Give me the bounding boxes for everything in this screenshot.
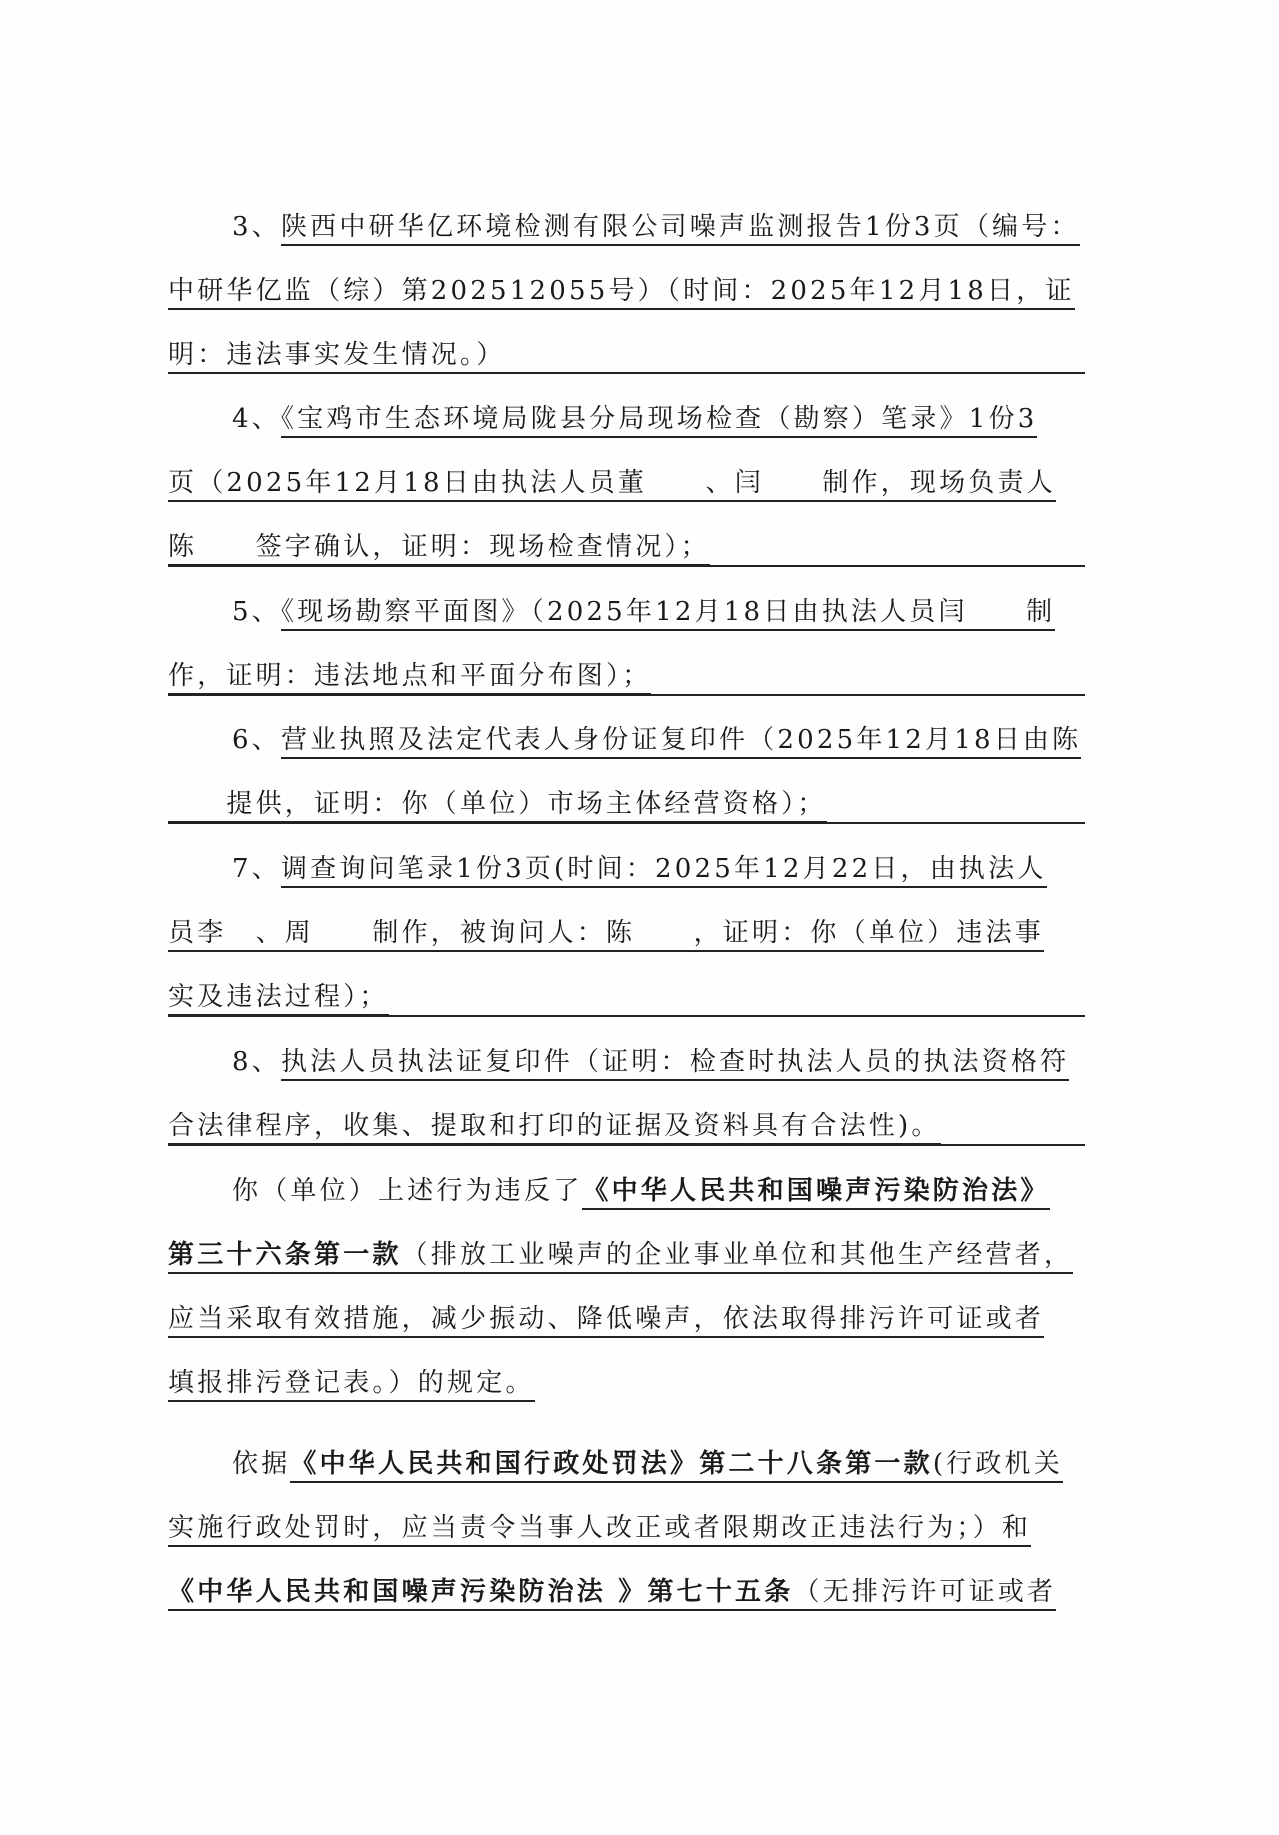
item-text: 页（2025年12月18日由执法人员董 、闫 制作，现场负责人 <box>168 468 1056 502</box>
document-page: 3、陕西中研华亿环境检测有限公司噪声监测报告1份3页（编号： 中研华亿监（综）第… <box>0 0 1279 1835</box>
penalty-law-title: 《中华人民共和国行政处罚法》第二十八条第一款 <box>290 1449 932 1483</box>
item-text: 《宝鸡市生态环境局陇县分局现场检查（勘察）笔录》1份3 <box>281 404 1038 438</box>
noise-law-article: 《中华人民共和国噪声污染防治法 》第七十五条 <box>168 1577 793 1611</box>
underline-rule <box>168 822 1085 824</box>
basis-paragraph-line-2: 实施行政处罚时，应当责令当事人改正或者限期改正违法行为；）和 <box>168 1511 1085 1551</box>
basis-prefix: 依据 <box>232 1449 290 1479</box>
underline-rule <box>168 694 1085 696</box>
evidence-item-4: 4、《宝鸡市生态环境局陇县分局现场检查（勘察）笔录》1份3 <box>232 402 1085 442</box>
article-text: 应当采取有效措施，减少振动、降低噪声，依法取得排污许可证或者 <box>168 1304 1044 1338</box>
evidence-item-8-line-2: 合法律程序，收集、提取和打印的证据及资料具有合法性)。 <box>168 1109 1085 1149</box>
basis-text: (行政机关 <box>933 1449 1063 1483</box>
evidence-item-7: 7、调查询问笔录1份3页(时间：2025年12月22日，由执法人 <box>232 852 1085 892</box>
basis-text: （无排污许可证或者 <box>793 1577 1056 1611</box>
article-text: 填报排污登记表。）的规定。 <box>168 1368 535 1402</box>
evidence-item-7-line-2: 员李 、周 制作，被询问人：陈 ，证明：你（单位）违法事 <box>168 916 1085 956</box>
item-text: 执法人员执法证复印件（证明：检查时执法人员的执法资格符 <box>281 1047 1069 1081</box>
evidence-item-4-line-2: 页（2025年12月18日由执法人员董 、闫 制作，现场负责人 <box>168 466 1085 506</box>
evidence-item-6-line-2: 提供，证明：你（单位）市场主体经营资格）； <box>168 787 1085 827</box>
item-text: 明：违法事实发生情况。） <box>168 340 505 374</box>
violation-paragraph-line-4: 填报排污登记表。）的规定。 <box>168 1366 1085 1406</box>
item-text: 中研华亿监（综）第202512055号）（时间：2025年12月18日，证 <box>168 276 1075 310</box>
underline-rule <box>168 372 1085 374</box>
item-number: 5、 <box>232 597 281 627</box>
item-text: 陕西中研华亿环境检测有限公司噪声监测报告1份3页（编号： <box>281 212 1080 246</box>
item-text: 合法律程序，收集、提取和打印的证据及资料具有合法性)。 <box>168 1111 941 1145</box>
evidence-item-8: 8、执法人员执法证复印件（证明：检查时执法人员的执法资格符 <box>232 1045 1085 1085</box>
item-text: 员李 、周 制作，被询问人：陈 ，证明：你（单位）违法事 <box>168 918 1044 952</box>
evidence-item-5: 5、《现场勘察平面图》（2025年12月18日由执法人员闫 制 <box>232 595 1085 635</box>
evidence-item-3-line-2: 中研华亿监（综）第202512055号）（时间：2025年12月18日，证 <box>168 274 1085 314</box>
item-text: 调查询问笔录1份3页(时间：2025年12月22日，由执法人 <box>281 854 1047 888</box>
item-number: 7、 <box>232 854 281 884</box>
article-text: （排放工业噪声的企业事业单位和其他生产经营者， <box>402 1240 1074 1274</box>
basis-paragraph: 依据《中华人民共和国行政处罚法》第二十八条第一款(行政机关 <box>232 1447 1085 1487</box>
evidence-item-7-line-3: 实及违法过程）； <box>168 980 1085 1020</box>
violated-article: 第三十六条第一款 <box>168 1240 402 1274</box>
underline-rule <box>168 1144 1085 1146</box>
item-text: 陈 签字确认，证明：现场检查情况）； <box>168 532 710 566</box>
item-text: 提供，证明：你（单位）市场主体经营资格）； <box>168 789 827 823</box>
underline-rule <box>168 565 1085 567</box>
item-number: 4、 <box>232 404 281 434</box>
item-number: 6、 <box>232 725 281 755</box>
violation-paragraph-line-3: 应当采取有效措施，减少振动、降低噪声，依法取得排污许可证或者 <box>168 1302 1085 1342</box>
basis-text: 实施行政处罚时，应当责令当事人改正或者限期改正违法行为；） <box>168 1513 1002 1547</box>
evidence-item-6: 6、营业执照及法定代表人身份证复印件（2025年12月18日由陈 <box>232 723 1085 763</box>
evidence-item-5-line-2: 作，证明：违法地点和平面分布图）； <box>168 659 1085 699</box>
evidence-item-3: 3、陕西中研华亿环境检测有限公司噪声监测报告1份3页（编号： <box>232 210 1085 250</box>
item-text: 实及违法过程）； <box>168 982 389 1016</box>
item-text: 《现场勘察平面图》（2025年12月18日由执法人员闫 制 <box>281 597 1055 631</box>
underline-rule <box>168 1015 1085 1017</box>
basis-conjunction: 和 <box>1002 1513 1031 1547</box>
item-text: 营业执照及法定代表人身份证复印件（2025年12月18日由陈 <box>281 725 1081 759</box>
violation-prefix: 你（单位）上述行为违反了 <box>232 1176 582 1206</box>
item-number: 3、 <box>232 212 281 242</box>
evidence-item-4-line-3: 陈 签字确认，证明：现场检查情况）； <box>168 530 1085 570</box>
basis-paragraph-line-3: 《中华人民共和国噪声污染防治法 》第七十五条（无排污许可证或者 <box>168 1575 1085 1615</box>
violated-law-title: 《中华人民共和国噪声污染防治法》 <box>582 1176 1049 1210</box>
item-number: 8、 <box>232 1047 281 1077</box>
violation-paragraph-line-2: 第三十六条第一款（排放工业噪声的企业事业单位和其他生产经营者， <box>168 1238 1085 1278</box>
violation-paragraph: 你（单位）上述行为违反了《中华人民共和国噪声污染防治法》 <box>232 1174 1085 1214</box>
item-text: 作，证明：违法地点和平面分布图）； <box>168 661 651 695</box>
